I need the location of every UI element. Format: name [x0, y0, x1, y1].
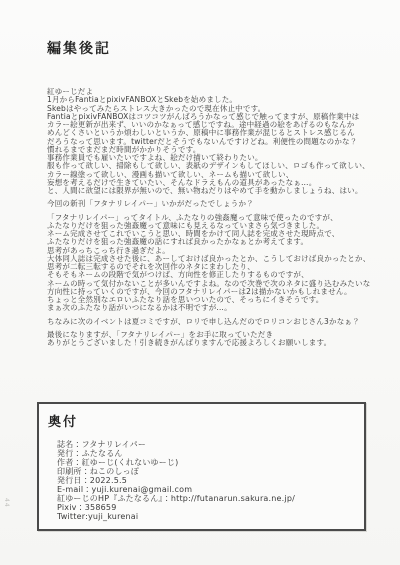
scanned-doujin-page: 編集後記 紅ゆーじだよ 1月からFantiaとpixivFANBOXとSkebを… — [0, 0, 400, 565]
colophon-line-homepage: 紅ゆーじのHP『ふたなるん』：http://futanarun.sakura.n… — [57, 494, 364, 503]
colophon-line-twitter: Twitter:yuji_kurenai — [57, 512, 364, 521]
colophon-line-author: 作者：紅ゆーじ(くれないゆーじ) — [57, 458, 364, 467]
afterword-body: 紅ゆーじだよ 1月からFantiaとpixivFANBOXとSkebを始めました… — [47, 88, 382, 347]
afterword-paragraph: ちなみに次のイベントは夏コミですが、ロリで申し込んだのでロリコンおじさん3かなぁ… — [47, 318, 382, 326]
afterword-paragraph: 「フタナリレイパー」ってタイトル、ふたなりの強姦魔って意味で使ったのですが、 ふ… — [47, 214, 382, 313]
colophon-line-date: 発行日：2022.5.5 — [57, 476, 364, 485]
colophon-title: 奥付 — [48, 411, 364, 430]
page-number-marker: 44 — [3, 498, 10, 508]
afterword-title: 編集後記 — [47, 38, 382, 58]
colophon-line-printer: 印刷所：ねこのしっぽ — [57, 467, 364, 476]
afterword-paragraph: 最後になりますが、「フタナリレイパー」をお手に取っていただき ありがとうございま… — [47, 331, 382, 348]
afterword-paragraph: 紅ゆーじだよ 1月からFantiaとpixivFANBOXとSkebを始めました… — [47, 88, 382, 195]
afterword-paragraph: 今回の新刊「フタナリレイパー」いかがだったでしょうか？ — [47, 200, 382, 208]
colophon-box: 奥付 誌名：フタナリレイパー 発行：ふたなるん 作者：紅ゆーじ(くれないゆーじ)… — [37, 402, 366, 531]
colophon-line-title: 誌名：フタナリレイパー — [57, 440, 364, 449]
colophon-fields: 誌名：フタナリレイパー 発行：ふたなるん 作者：紅ゆーじ(くれないゆーじ) 印刷… — [57, 440, 364, 521]
colophon-line-publisher: 発行：ふたなるん — [57, 449, 364, 458]
colophon-line-email: E-mail：yuji.kurenai@gmail.com — [57, 485, 364, 494]
afterword-section: 編集後記 紅ゆーじだよ 1月からFantiaとpixivFANBOXとSkebを… — [47, 38, 382, 352]
colophon-line-pixiv: Pixiv：358659 — [57, 503, 364, 512]
